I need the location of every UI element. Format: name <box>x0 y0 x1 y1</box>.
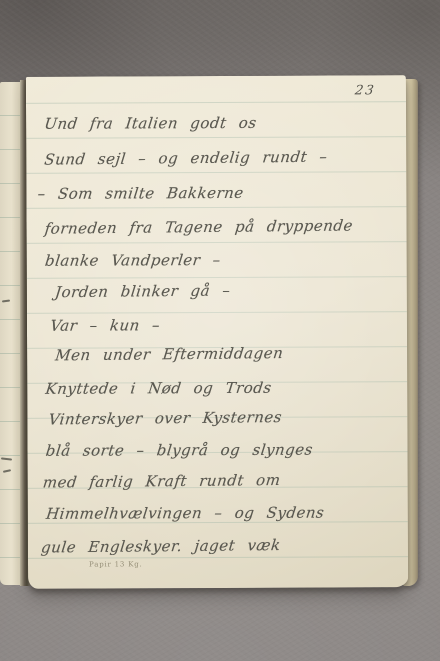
handwriting-line: forneden fra Tagene på dryppende <box>43 216 354 243</box>
handwriting-line: Jorden blinker gå – <box>53 281 231 307</box>
photograph: 23 Und fra Italien godt os Sund sejl – o… <box>0 0 440 661</box>
handwriting-line: Var – kun – <box>49 316 162 340</box>
handwriting-line: blanke Vandperler – <box>43 251 222 276</box>
handwriting-line: gule Engleskyer. jaget væk <box>40 536 282 563</box>
notebook-page: 23 Und fra Italien godt os Sund sejl – o… <box>26 75 408 589</box>
handwriting-line: Vinterskyer over Kysternes <box>47 408 283 434</box>
paper-weight-mark: Papir 13 Kg. <box>89 560 143 568</box>
handwriting-line: – Som smilte Bakkerne <box>36 184 245 209</box>
handwriting-line: Men under Eftermiddagen <box>54 344 285 370</box>
handwriting-line: Sund sejl – og endelig rundt – <box>43 148 329 175</box>
handwriting-line: Himmelhvælvingen – og Sydens <box>44 504 325 529</box>
handwriting-line: med farlig Kraft rundt om <box>41 471 281 497</box>
handwriting-line: Und fra Italien godt os <box>43 114 258 139</box>
facing-page-edge <box>0 82 21 585</box>
page-number: 23 <box>354 83 377 98</box>
handwriting-line: Knyttede i Nød og Trods <box>44 379 273 404</box>
handwriting-line: blå sorte – blygrå og slynges <box>44 441 314 466</box>
